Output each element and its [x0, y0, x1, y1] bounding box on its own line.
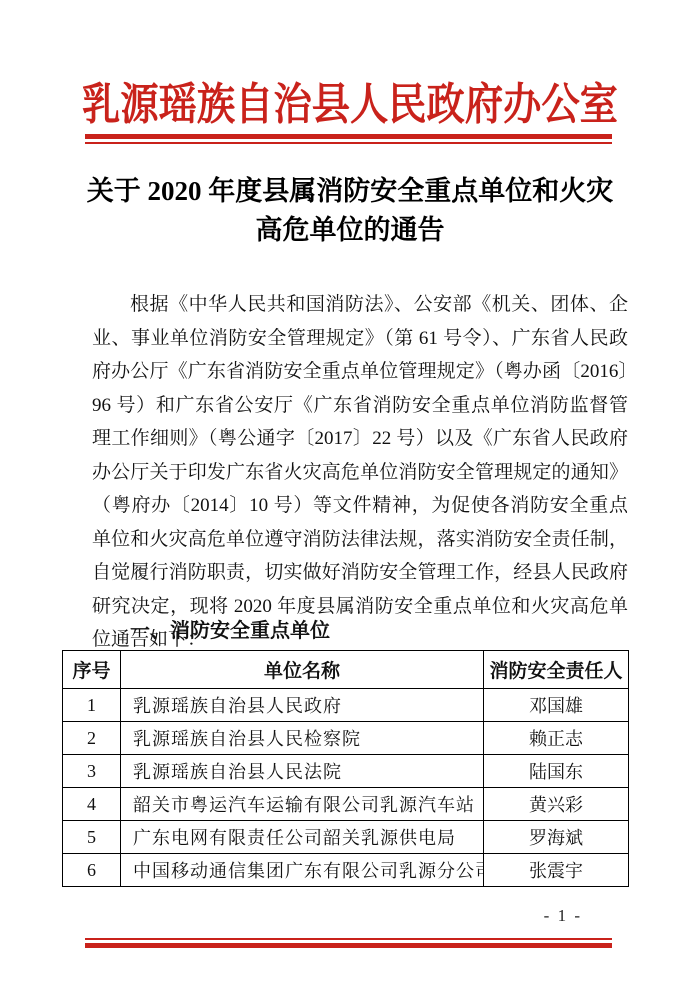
fire-safety-units-table: 序号 单位名称 消防安全责任人 1 乳源瑶族自治县人民政府 邓国雄 2 乳源瑶族…	[62, 650, 629, 887]
footer-divider-thick	[85, 943, 612, 948]
table-row: 6 中国移动通信集团广东有限公司乳源分公司 张震宇	[63, 854, 629, 887]
column-header-responsible-person: 消防安全责任人	[484, 651, 629, 689]
responsible-person: 黄兴彩	[484, 788, 629, 821]
row-number: 5	[63, 821, 121, 854]
row-number: 3	[63, 755, 121, 788]
table-row: 5 广东电网有限责任公司韶关乳源供电局 罗海斌	[63, 821, 629, 854]
unit-name: 乳源瑶族自治县人民政府	[121, 689, 484, 722]
column-header-unit-name: 单位名称	[121, 651, 484, 689]
unit-name: 乳源瑶族自治县人民检察院	[121, 722, 484, 755]
responsible-person: 赖正志	[484, 722, 629, 755]
responsible-person: 罗海斌	[484, 821, 629, 854]
column-header-number: 序号	[63, 651, 121, 689]
unit-name: 广东电网有限责任公司韶关乳源供电局	[121, 821, 484, 854]
footer-divider-thin	[85, 938, 612, 940]
responsible-person: 邓国雄	[484, 689, 629, 722]
row-number: 6	[63, 854, 121, 887]
section-heading: 一、消防安全重点单位	[130, 614, 330, 643]
document-title-line2: 高危单位的通告	[50, 211, 650, 250]
responsible-person: 陆国东	[484, 755, 629, 788]
table-row: 2 乳源瑶族自治县人民检察院 赖正志	[63, 722, 629, 755]
table-header-row: 序号 单位名称 消防安全责任人	[63, 651, 629, 689]
document-title-line1: 关于 2020 年度县属消防安全重点单位和火灾	[50, 172, 650, 211]
header-divider-thin	[85, 142, 612, 144]
table-row: 3 乳源瑶族自治县人民法院 陆国东	[63, 755, 629, 788]
row-number: 4	[63, 788, 121, 821]
page-number: - 1 -	[544, 906, 582, 926]
unit-name: 中国移动通信集团广东有限公司乳源分公司	[121, 854, 484, 887]
unit-name: 韶关市粤运汽车运输有限公司乳源汽车站	[121, 788, 484, 821]
table-row: 1 乳源瑶族自治县人民政府 邓国雄	[63, 689, 629, 722]
table-row: 4 韶关市粤运汽车运输有限公司乳源汽车站 黄兴彩	[63, 788, 629, 821]
row-number: 2	[63, 722, 121, 755]
header-divider-thick	[85, 134, 612, 139]
document-page: 乳源瑶族自治县人民政府办公室 关于 2020 年度县属消防安全重点单位和火灾 高…	[0, 0, 700, 990]
body-paragraph: 根据《中华人民共和国消防法》、公安部《机关、团体、企业、事业单位消防安全管理规定…	[92, 288, 628, 657]
unit-name: 乳源瑶族自治县人民法院	[121, 755, 484, 788]
row-number: 1	[63, 689, 121, 722]
document-title: 关于 2020 年度县属消防安全重点单位和火灾 高危单位的通告	[50, 172, 650, 250]
government-office-title-text: 乳源瑶族自治县人民政府办公室	[82, 68, 618, 132]
government-office-title: 乳源瑶族自治县人民政府办公室	[0, 68, 700, 132]
responsible-person: 张震宇	[484, 854, 629, 887]
